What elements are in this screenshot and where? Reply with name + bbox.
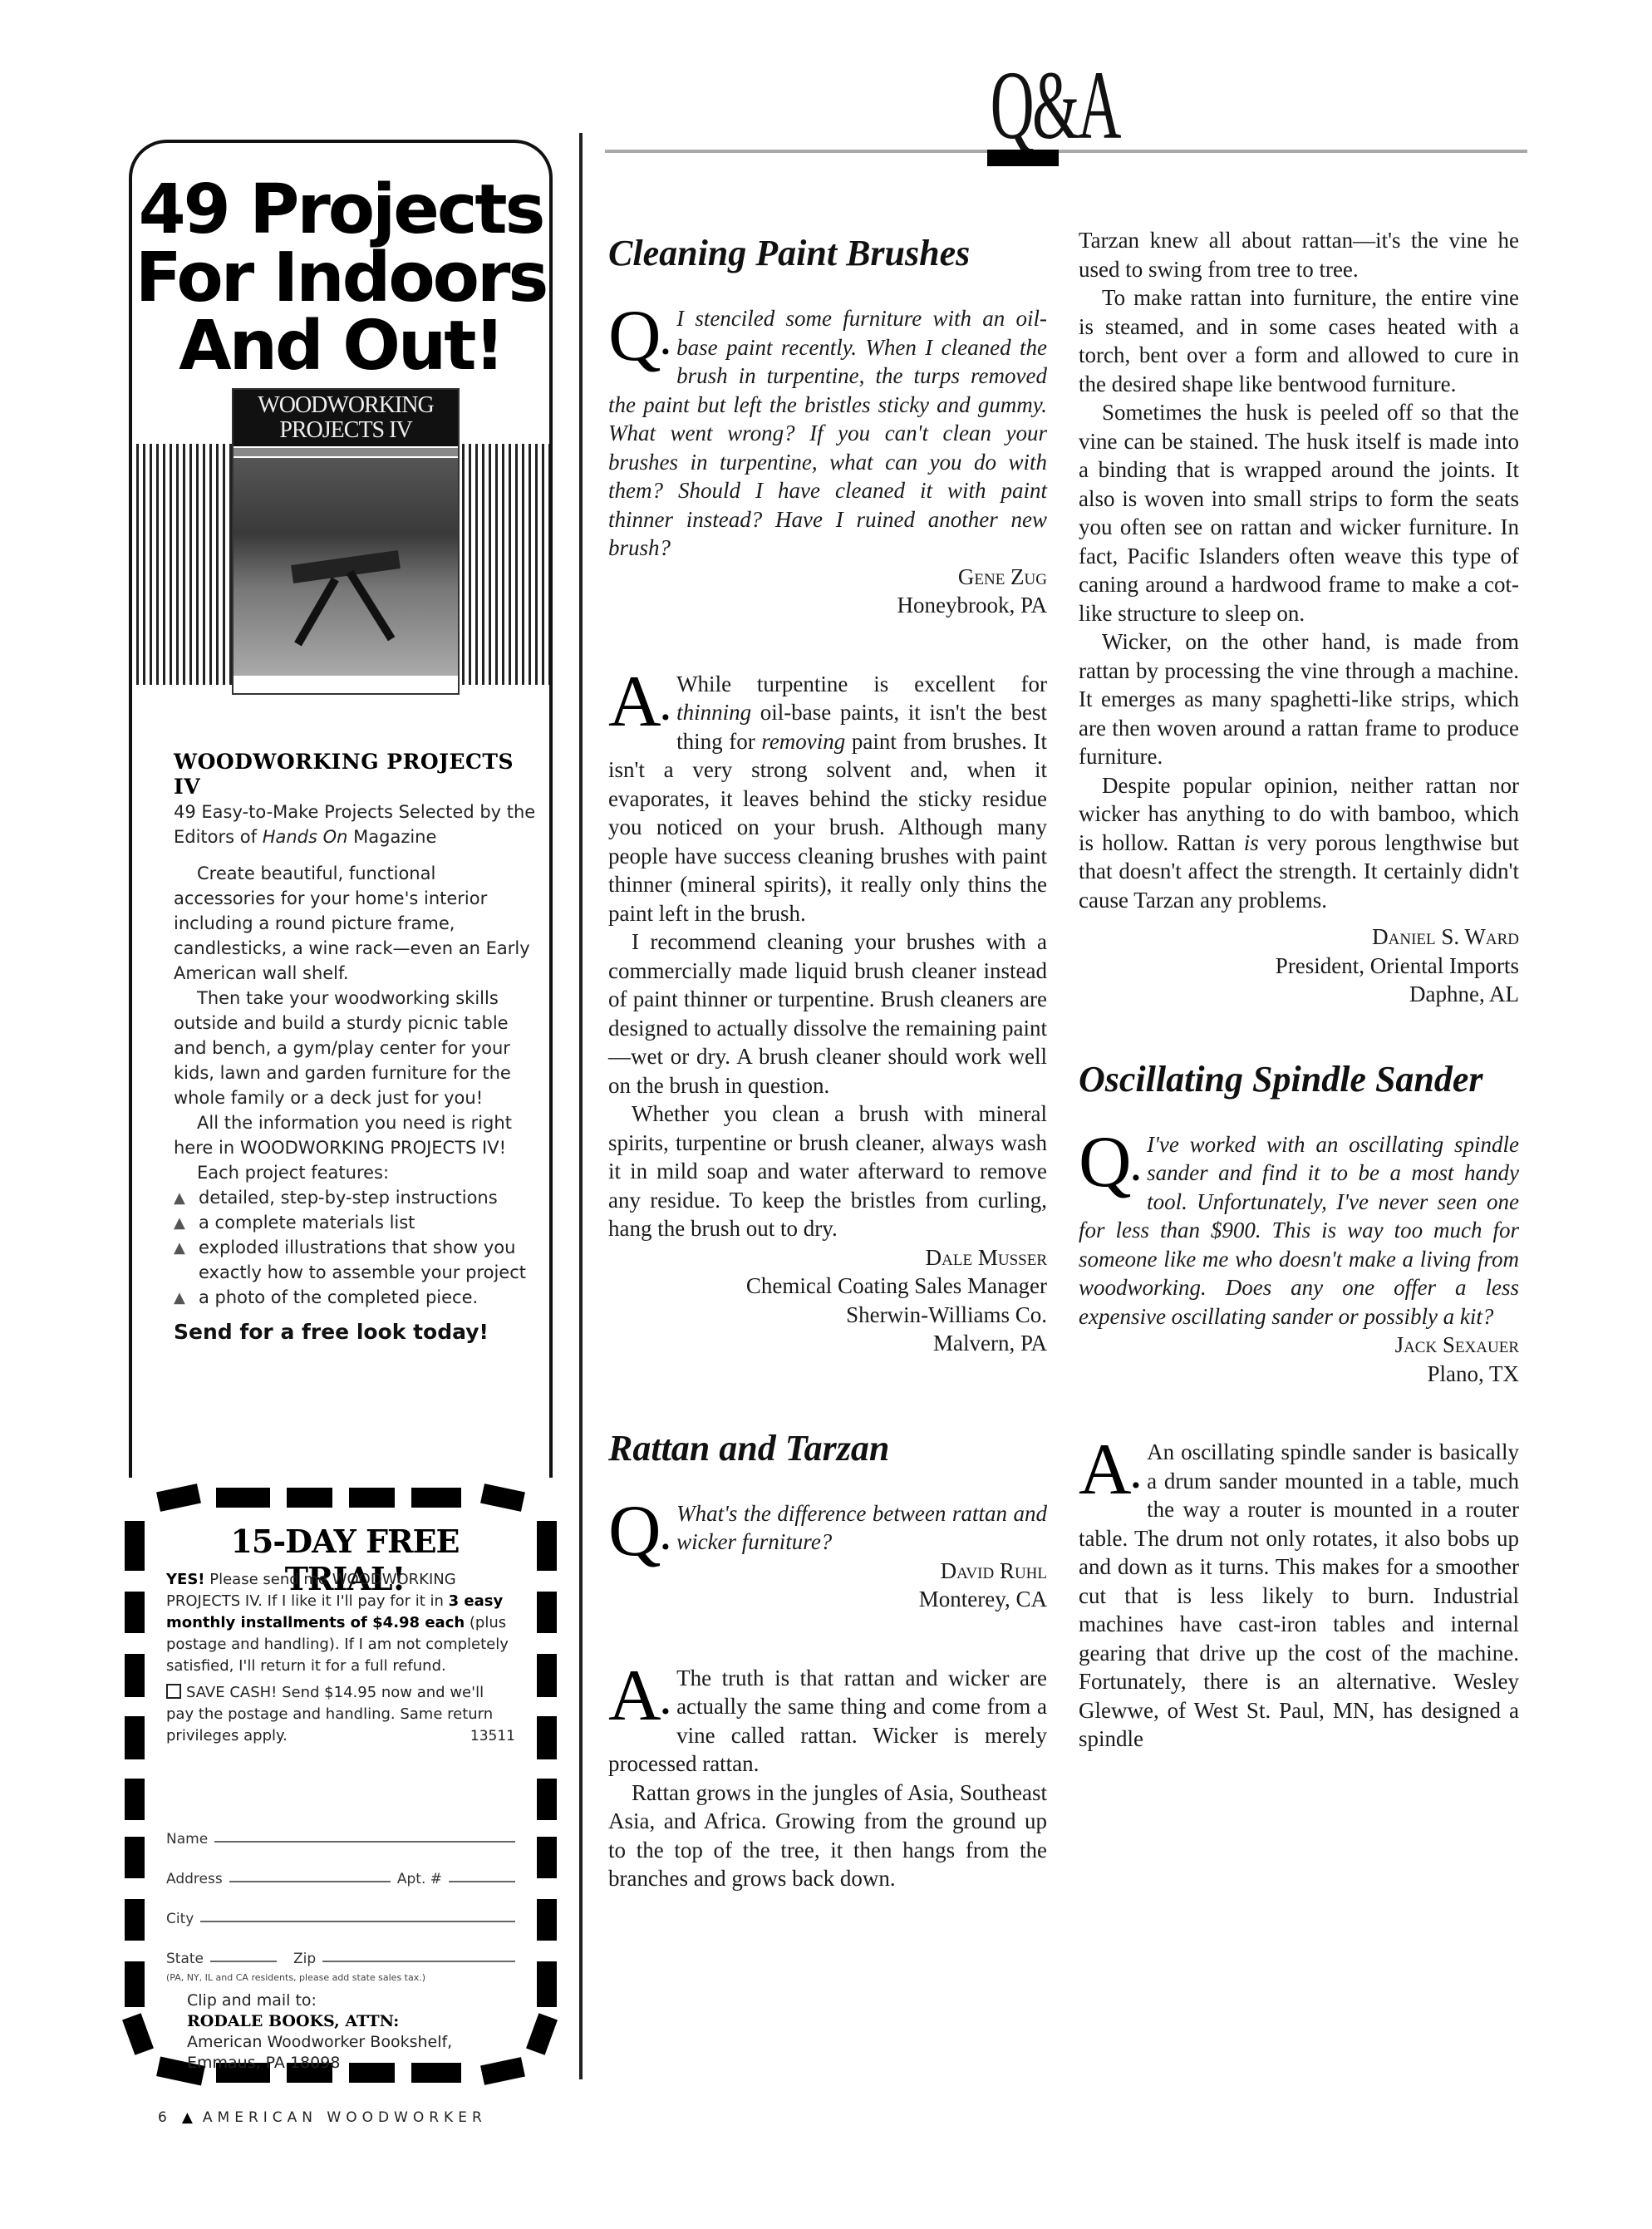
header-rule — [605, 150, 1527, 153]
address-label: Address — [166, 1871, 223, 1887]
triangle-bullet-icon: ▲ — [174, 1211, 185, 1236]
ad-body: WOODWORKING PROJECTS IV 49 Easy-to-Make … — [174, 750, 539, 1345]
apt-field[interactable] — [449, 1881, 515, 1882]
answerer-name: Dale Musser — [608, 1243, 1047, 1272]
city-field[interactable] — [200, 1921, 515, 1922]
answer-text: I recommend cleaning your brushes with a… — [608, 928, 1047, 1100]
order-coupon: 15-DAY FREE TRIAL! YES! Please send me W… — [125, 1488, 557, 2082]
answer-text: Whether you clean a brush with mineral s… — [608, 1100, 1047, 1243]
save-cash-checkbox[interactable] — [166, 1684, 181, 1699]
furniture-photo — [234, 458, 458, 676]
answer-text: Sometimes the husk is peeled off so that… — [1079, 398, 1519, 627]
article-column-1: Cleaning Paint Brushes Q•I stenciled som… — [608, 233, 1047, 1893]
header-accent-bar — [987, 150, 1059, 166]
asker-location: Honeybrook, PA — [608, 591, 1047, 620]
triangle-icon: ▲ — [182, 2109, 193, 2126]
article-column-2: Tarzan knew all about rattan—it's the vi… — [1079, 226, 1519, 1754]
coupon-offer-text: YES! Please send me WOODWORKING PROJECTS… — [166, 1569, 515, 1747]
ad-headline: 49 Projects For Indoors And Out! — [132, 176, 549, 381]
question-text: Q•I stenciled some furniture with an oil… — [608, 304, 1047, 563]
answerer-title: Chemical Coating Sales Manager — [608, 1272, 1047, 1301]
ad-paragraph: Then take your woodworking skills outsid… — [174, 986, 539, 1110]
feature-item: ▲detailed, step-by-step instructions — [174, 1185, 539, 1210]
answer-text: To make rattan into furniture, the entir… — [1079, 283, 1519, 398]
answerer-location: Daphne, AL — [1079, 980, 1519, 1009]
save-cash-option[interactable]: SAVE CASH! Send $14.95 now and we'll pay… — [166, 1682, 515, 1747]
city-label: City — [166, 1911, 194, 1927]
a-drop-cap: A• — [1079, 1443, 1140, 1513]
page-footer: 6▲AMERICAN WOODWORKER — [158, 2109, 487, 2126]
q-drop-cap: Q• — [1079, 1135, 1140, 1206]
answerer-location: Malvern, PA — [608, 1329, 1047, 1358]
answer-text: A•While turpentine is excellent for thin… — [608, 670, 1047, 928]
order-form: Name AddressApt. # City StateZip (PA, NY… — [166, 1808, 515, 1983]
triangle-bullet-icon: ▲ — [174, 1286, 185, 1311]
feature-list: ▲detailed, step-by-step instructions ▲a … — [174, 1185, 539, 1310]
publisher-logo — [234, 678, 458, 693]
article-title: Oscillating Spindle Sander — [1079, 1059, 1519, 1100]
answerer-name: Daniel S. Ward — [1079, 923, 1519, 952]
ad-paragraph: Create beautiful, functional accessories… — [174, 861, 539, 986]
article-title: Cleaning Paint Brushes — [608, 233, 1047, 274]
offer-code: 13511 — [470, 1725, 515, 1747]
column-divider — [579, 133, 583, 2079]
answerer-company: Sherwin-Williams Co. — [608, 1301, 1047, 1330]
triangle-bullet-icon: ▲ — [174, 1236, 185, 1261]
answer-text: Wicker, on the other hand, is made from … — [1079, 627, 1519, 771]
apt-label: Apt. # — [397, 1871, 442, 1887]
a-drop-cap: A• — [608, 1669, 670, 1739]
answer-text: A•An oscillating spindle sander is basic… — [1079, 1438, 1519, 1754]
answerer-title: President, Oriental Imports — [1079, 952, 1519, 981]
q-drop-cap: Q• — [608, 309, 670, 380]
feature-item: ▲exploded illustrations that show you ex… — [174, 1235, 539, 1285]
answer-text: A•The truth is that rattan and wicker ar… — [608, 1664, 1047, 1779]
answer-text: Rattan grows in the jungles of Asia, Sou… — [608, 1779, 1047, 1893]
section-title: Q&A — [991, 57, 1104, 155]
ad-paragraph: Each project features: — [174, 1160, 539, 1185]
state-field[interactable] — [210, 1961, 277, 1962]
name-label: Name — [166, 1831, 208, 1848]
book-title: WOODWORKING PROJECTS IV — [174, 750, 539, 800]
answer-text: Tarzan knew all about rattan—it's the vi… — [1079, 226, 1519, 283]
feature-item: ▲a complete materials list — [174, 1210, 539, 1235]
article-title: Rattan and Tarzan — [608, 1428, 1047, 1469]
name-field[interactable] — [214, 1841, 515, 1843]
asker-name: Jack Sexauer — [1079, 1331, 1519, 1360]
state-label: State — [166, 1951, 204, 1967]
page-number: 6 — [158, 2109, 172, 2126]
triangle-bullet-icon: ▲ — [174, 1186, 185, 1211]
call-to-action: Send for a free look today! — [174, 1320, 539, 1345]
answer-text: Despite popular opinion, neither rattan … — [1079, 771, 1519, 915]
book-advertisement: 49 Projects For Indoors And Out! WOODWOR… — [129, 140, 553, 1478]
question-text: Q•What's the difference between rattan a… — [608, 1499, 1047, 1557]
feature-item: ▲a photo of the completed piece. — [174, 1285, 539, 1310]
question-text: Q•I've worked with an oscillating spindl… — [1079, 1130, 1519, 1331]
asker-location: Monterey, CA — [608, 1585, 1047, 1614]
book-subtitle: 49 Easy-to-Make Projects Selected by the… — [174, 800, 539, 849]
asker-location: Plano, TX — [1079, 1360, 1519, 1389]
a-drop-cap: A• — [608, 675, 670, 745]
asker-name: David Ruhl — [608, 1557, 1047, 1586]
zip-label: Zip — [293, 1951, 316, 1967]
mailing-address: Clip and mail to: RODALE BOOKS, ATTN: Am… — [187, 1990, 452, 2074]
zip-field[interactable] — [322, 1961, 515, 1962]
q-drop-cap: Q• — [608, 1504, 670, 1575]
magazine-name: AMERICAN WOODWORKER — [203, 2109, 487, 2126]
address-field[interactable] — [229, 1881, 391, 1882]
tax-note: (PA, NY, IL and CA residents, please add… — [166, 1972, 515, 1983]
asker-name: Gene Zug — [608, 563, 1047, 592]
ad-paragraph: All the information you need is right he… — [174, 1110, 539, 1160]
book-cover-image: WOODWORKING PROJECTS IV — [232, 388, 460, 695]
book-cover-title: WOODWORKING PROJECTS IV — [234, 390, 458, 446]
